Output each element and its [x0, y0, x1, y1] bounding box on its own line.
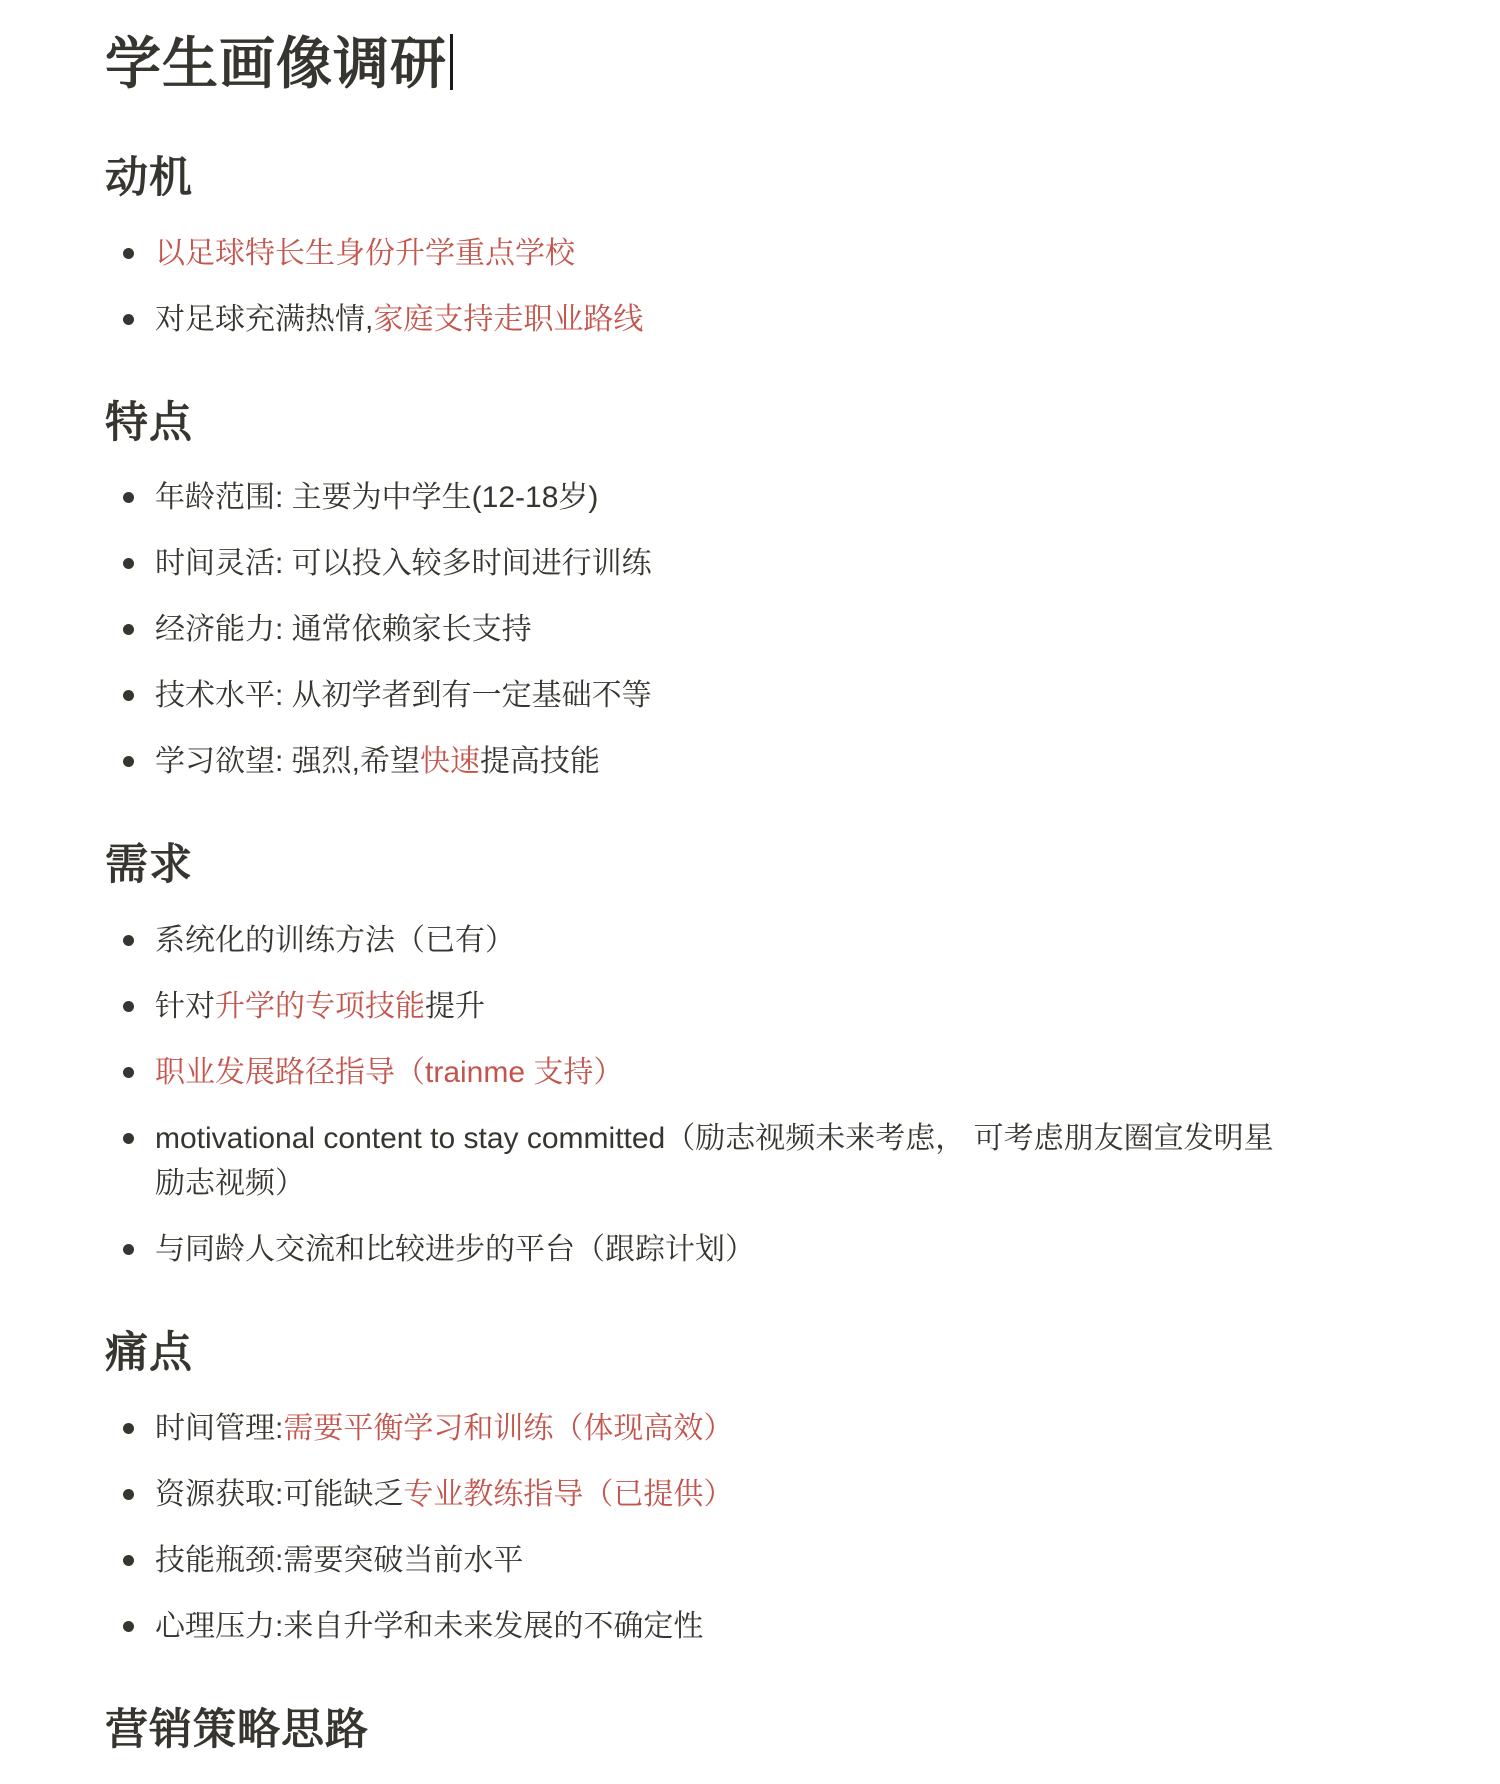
list-item-text: 技能瓶颈:需要突破当前水平: [155, 1544, 523, 1577]
text-segment: motivational content to stay committed（励…: [155, 1122, 1274, 1200]
text-segment-red: 家庭支持走职业路线: [373, 303, 643, 336]
bullet-list: 以足球特长生身份升学重点学校 对足球充满热情,家庭支持走职业路线: [105, 231, 1300, 342]
document-page: 学生画像调研 动机 以足球特长生身份升学重点学校 对足球充满热情,家庭支持走职业…: [0, 0, 1500, 1756]
bullet-dot: [123, 935, 134, 946]
document-section: 特点 年龄范围: 主要为中学生(12-18岁) 时间灵活: 可以投入较多时间进行…: [105, 398, 1300, 785]
bullet-dot: [123, 1067, 134, 1078]
text-segment: 提高技能: [480, 745, 600, 778]
text-segment-red: 专业教练指导（已提供）: [403, 1478, 733, 1511]
bullet-dot: [123, 558, 134, 569]
text-cursor: [450, 34, 453, 90]
list-item[interactable]: 针对升学的专项技能提升: [105, 984, 1290, 1029]
list-item-text: motivational content to stay committed（励…: [155, 1122, 1274, 1200]
text-segment-red: 需要平衡学习和训练（体现高效）: [283, 1412, 733, 1445]
bullet-dot: [123, 492, 134, 503]
bullet-dot: [123, 1423, 134, 1434]
list-item[interactable]: 对足球充满热情,家庭支持走职业路线: [105, 297, 1290, 342]
bullet-dot: [123, 624, 134, 635]
bullet-dot: [123, 1244, 134, 1255]
bullet-dot: [123, 1555, 134, 1566]
text-segment: 对足球充满热情,: [155, 303, 373, 336]
list-item[interactable]: 技能瓶颈:需要突破当前水平: [105, 1538, 1290, 1583]
list-item-text: 经济能力: 通常依赖家长支持: [155, 613, 532, 646]
list-item[interactable]: 心理压力:来自升学和未来发展的不确定性: [105, 1604, 1290, 1649]
list-item[interactable]: 技术水平: 从初学者到有一定基础不等: [105, 673, 1290, 718]
list-item[interactable]: 系统化的训练方法（已有）: [105, 918, 1290, 963]
list-item-text: 年龄范围: 主要为中学生(12-18岁): [155, 481, 598, 514]
list-item-text: 对足球充满热情,家庭支持走职业路线: [155, 303, 643, 336]
list-item[interactable]: 年龄范围: 主要为中学生(12-18岁): [105, 475, 1290, 520]
text-segment: 学习欲望: 强烈,希望: [155, 745, 420, 778]
text-segment-red: 以足球特长生身份升学重点学校: [155, 237, 575, 270]
text-segment: 技术水平: 从初学者到有一定基础不等: [155, 679, 652, 712]
list-item-text: 资源获取:可能缺乏专业教练指导（已提供）: [155, 1478, 733, 1511]
text-segment: 心理压力:来自升学和未来发展的不确定性: [155, 1610, 703, 1643]
text-segment: 经济能力: 通常依赖家长支持: [155, 613, 532, 646]
bullet-dot: [123, 1133, 134, 1144]
bullet-list: 年龄范围: 主要为中学生(12-18岁) 时间灵活: 可以投入较多时间进行训练 …: [105, 475, 1300, 784]
text-segment: 针对: [155, 990, 215, 1023]
bullet-list: 时间管理:需要平衡学习和训练（体现高效） 资源获取:可能缺乏专业教练指导（已提供…: [105, 1406, 1300, 1649]
section-heading-0[interactable]: 动机: [105, 153, 1300, 205]
document-section: 动机 以足球特长生身份升学重点学校 对足球充满热情,家庭支持走职业路线: [105, 153, 1300, 342]
text-segment-red: 快速: [420, 745, 480, 778]
bullet-list: 系统化的训练方法（已有） 针对升学的专项技能提升 职业发展路径指导（trainm…: [105, 918, 1300, 1272]
text-segment: 提升: [425, 990, 485, 1023]
document-section: 痛点 时间管理:需要平衡学习和训练（体现高效） 资源获取:可能缺乏专业教练指导（…: [105, 1328, 1300, 1649]
list-item[interactable]: 时间灵活: 可以投入较多时间进行训练: [105, 541, 1290, 586]
bullet-dot: [123, 1621, 134, 1632]
sections-container: 动机 以足球特长生身份升学重点学校 对足球充满热情,家庭支持走职业路线 特点 年…: [105, 153, 1300, 1756]
list-item-text: 学习欲望: 强烈,希望快速提高技能: [155, 745, 600, 778]
document-section: 营销策略思路: [105, 1705, 1300, 1757]
section-heading-1[interactable]: 特点: [105, 398, 1300, 450]
list-item[interactable]: 职业发展路径指导（trainme 支持）: [105, 1050, 1290, 1095]
list-item-text: 技术水平: 从初学者到有一定基础不等: [155, 679, 652, 712]
list-item[interactable]: 经济能力: 通常依赖家长支持: [105, 607, 1290, 652]
page-title[interactable]: 学生画像调研: [105, 30, 1300, 97]
list-item[interactable]: 以足球特长生身份升学重点学校: [105, 231, 1290, 276]
bullet-dot: [123, 248, 134, 259]
section-heading-2[interactable]: 需求: [105, 840, 1300, 892]
list-item[interactable]: 时间管理:需要平衡学习和训练（体现高效）: [105, 1406, 1290, 1451]
list-item[interactable]: 资源获取:可能缺乏专业教练指导（已提供）: [105, 1472, 1290, 1517]
list-item-text: 时间灵活: 可以投入较多时间进行训练: [155, 547, 652, 580]
list-item-text: 针对升学的专项技能提升: [155, 990, 485, 1023]
text-segment-red: 升学的专项技能: [215, 990, 425, 1023]
list-item-text: 以足球特长生身份升学重点学校: [155, 237, 575, 270]
text-segment-red: 职业发展路径指导（trainme 支持）: [155, 1056, 623, 1089]
text-segment: 系统化的训练方法（已有）: [155, 924, 515, 957]
bullet-dot: [123, 1489, 134, 1500]
document-section: 需求 系统化的训练方法（已有） 针对升学的专项技能提升 职业发展路径指导（tra…: [105, 840, 1300, 1272]
list-item[interactable]: 与同龄人交流和比较进步的平台（跟踪计划）: [105, 1227, 1290, 1272]
list-item[interactable]: 学习欲望: 强烈,希望快速提高技能: [105, 739, 1290, 784]
text-segment: 与同龄人交流和比较进步的平台（跟踪计划）: [155, 1233, 755, 1266]
section-heading-3[interactable]: 痛点: [105, 1328, 1300, 1380]
list-item-text: 职业发展路径指导（trainme 支持）: [155, 1056, 623, 1089]
text-segment: 时间灵活: 可以投入较多时间进行训练: [155, 547, 652, 580]
text-segment: 时间管理:: [155, 1412, 283, 1445]
section-heading-4[interactable]: 营销策略思路: [105, 1705, 1300, 1757]
bullet-dot: [123, 314, 134, 325]
list-item-text: 心理压力:来自升学和未来发展的不确定性: [155, 1610, 703, 1643]
bullet-dot: [123, 1001, 134, 1012]
list-item[interactable]: motivational content to stay committed（励…: [105, 1116, 1290, 1206]
bullet-dot: [123, 756, 134, 767]
text-segment: 年龄范围: 主要为中学生(12-18岁): [155, 481, 598, 514]
list-item-text: 时间管理:需要平衡学习和训练（体现高效）: [155, 1412, 733, 1445]
list-item-text: 与同龄人交流和比较进步的平台（跟踪计划）: [155, 1233, 755, 1266]
text-segment: 资源获取:可能缺乏: [155, 1478, 403, 1511]
list-item-text: 系统化的训练方法（已有）: [155, 924, 515, 957]
page-title-text: 学生画像调研: [105, 32, 447, 95]
bullet-dot: [123, 690, 134, 701]
text-segment: 技能瓶颈:需要突破当前水平: [155, 1544, 523, 1577]
